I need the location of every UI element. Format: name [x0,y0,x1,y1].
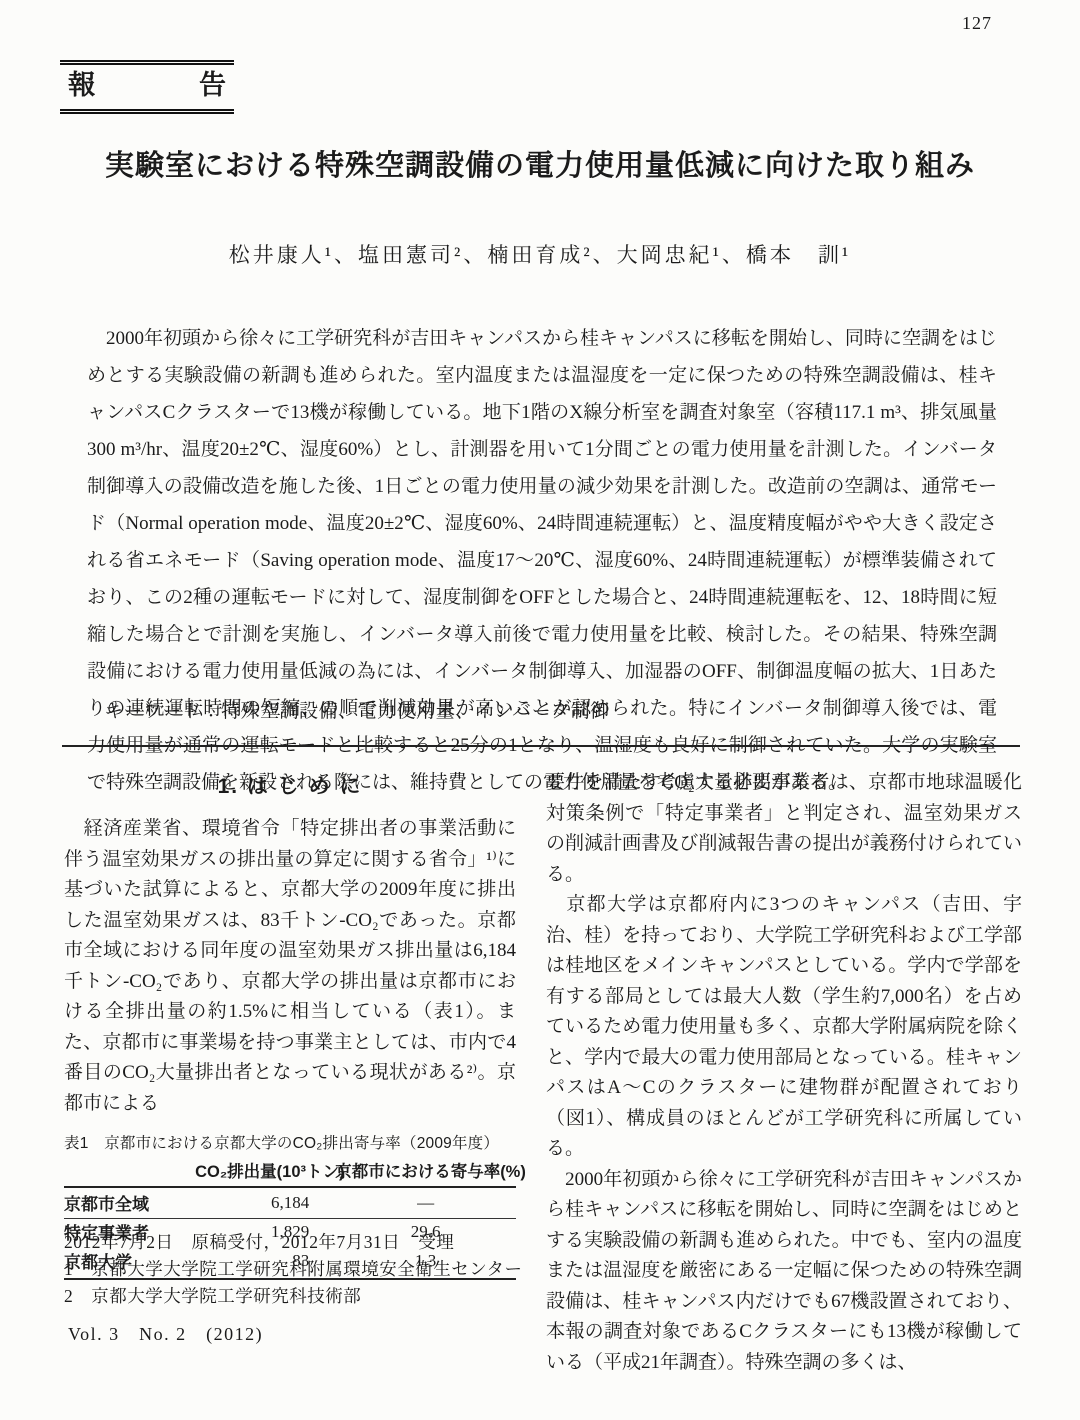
row-contribution: — [335,1187,516,1217]
table1-header-empty [64,1155,195,1187]
footnote-block: 2012年7月2日 原稿受付，2012年7月31日 受理 1 京都大学大学院工学… [64,1218,524,1310]
table1-header-row: CO₂排出量(10³トン) 京都市における寄与率(%) [64,1155,516,1187]
table1-header-emission: CO₂排出量(10³トン) [195,1155,335,1187]
keywords-line: キーワード：特殊空調設備、電力使用量、インバータ制御 [104,696,610,723]
received-dates: 2012年7月2日 原稿受付，2012年7月31日 受理 [64,1229,524,1256]
page-number: 127 [962,13,992,34]
table1-header-contribution: 京都市における寄与率(%) [335,1155,516,1187]
intro-left-paragraph: 経済産業省、環境省令「特定排出者の事業活動に伴う温室効果ガスの排出量の算定に関す… [64,814,516,1119]
right-paragraph-1: 要件を満たすCO₂大量排出事業者は、京都市地球温暖化対策条例で「特定事業者」と判… [546,768,1022,890]
row-label: 京都市全域 [64,1187,195,1217]
right-paragraph-3: 2000年初頭から徐々に工学研究科が吉田キャンパスから桂キャンパスに移転を開始し… [546,1165,1022,1379]
affiliation-2: 2 京都大学大学院工学研究科技術部 [64,1283,524,1310]
row-emission: 6,184 [195,1187,335,1217]
paper-page: 127 報 告 実験室における特殊空調設備の電力使用量低減に向けた取り組み 松井… [0,0,1080,1420]
volume-issue-line: Vol. 3 No. 2 (2012) [68,1320,263,1346]
header-divider-rule [62,745,1020,747]
footnote-separator [64,1218,516,1219]
paper-title: 実験室における特殊空調設備の電力使用量低減に向けた取り組み [0,143,1080,184]
authors-line: 松井康人¹、塩田憲司²、楠田育成²、大岡忠紀¹、橋本 訓¹ [0,239,1080,269]
table1-caption: 表1 京都市における京都大学のCO₂排出寄与率（2009年度） [64,1131,516,1153]
right-paragraph-2: 京都大学は京都府内に3つのキャンパス（吉田、宇治、桂）を持っており、大学院工学研… [546,890,1022,1165]
table-row: 京都市全域 6,184 — [64,1187,516,1217]
right-column: 要件を満たすCO₂大量排出事業者は、京都市地球温暖化対策条例で「特定事業者」と判… [546,768,1022,1378]
report-category-badge: 報 告 [60,60,234,114]
affiliation-1: 1 京都大学大学院工学研究科附属環境安全衛生センター [64,1256,524,1283]
section-1-heading: 1. は じ め に [64,770,516,800]
abstract-text: 2000年初頭から徐々に工学研究科が吉田キャンパスから桂キャンパスに移転を開始し… [87,320,997,801]
left-column: 1. は じ め に 経済産業省、環境省令「特定排出者の事業活動に伴う温室効果ガ… [64,768,516,1280]
